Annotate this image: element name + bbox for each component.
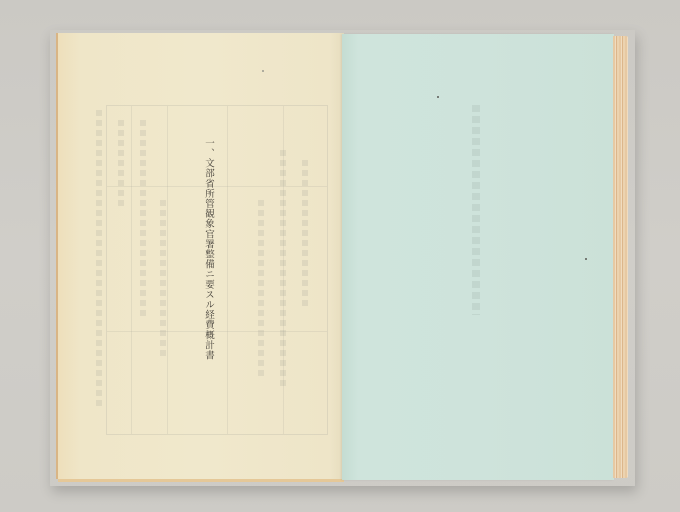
ghost-text-column (280, 150, 286, 390)
ghost-text-column (96, 110, 102, 410)
ghost-text-column (118, 120, 124, 210)
speck (262, 70, 264, 72)
speck (585, 258, 587, 260)
ghost-text-column (472, 105, 480, 315)
ghost-text-column (258, 200, 264, 380)
ghost-text-column (302, 160, 308, 310)
page-edges (613, 36, 628, 478)
ghost-text-column (140, 120, 146, 320)
page-heading: 一、文部省所管観象官署整備ニ要スル経費概計書 (200, 138, 216, 360)
ghost-text-column (160, 200, 166, 360)
left-page-bottom-edge (58, 479, 344, 482)
speck (437, 96, 439, 98)
